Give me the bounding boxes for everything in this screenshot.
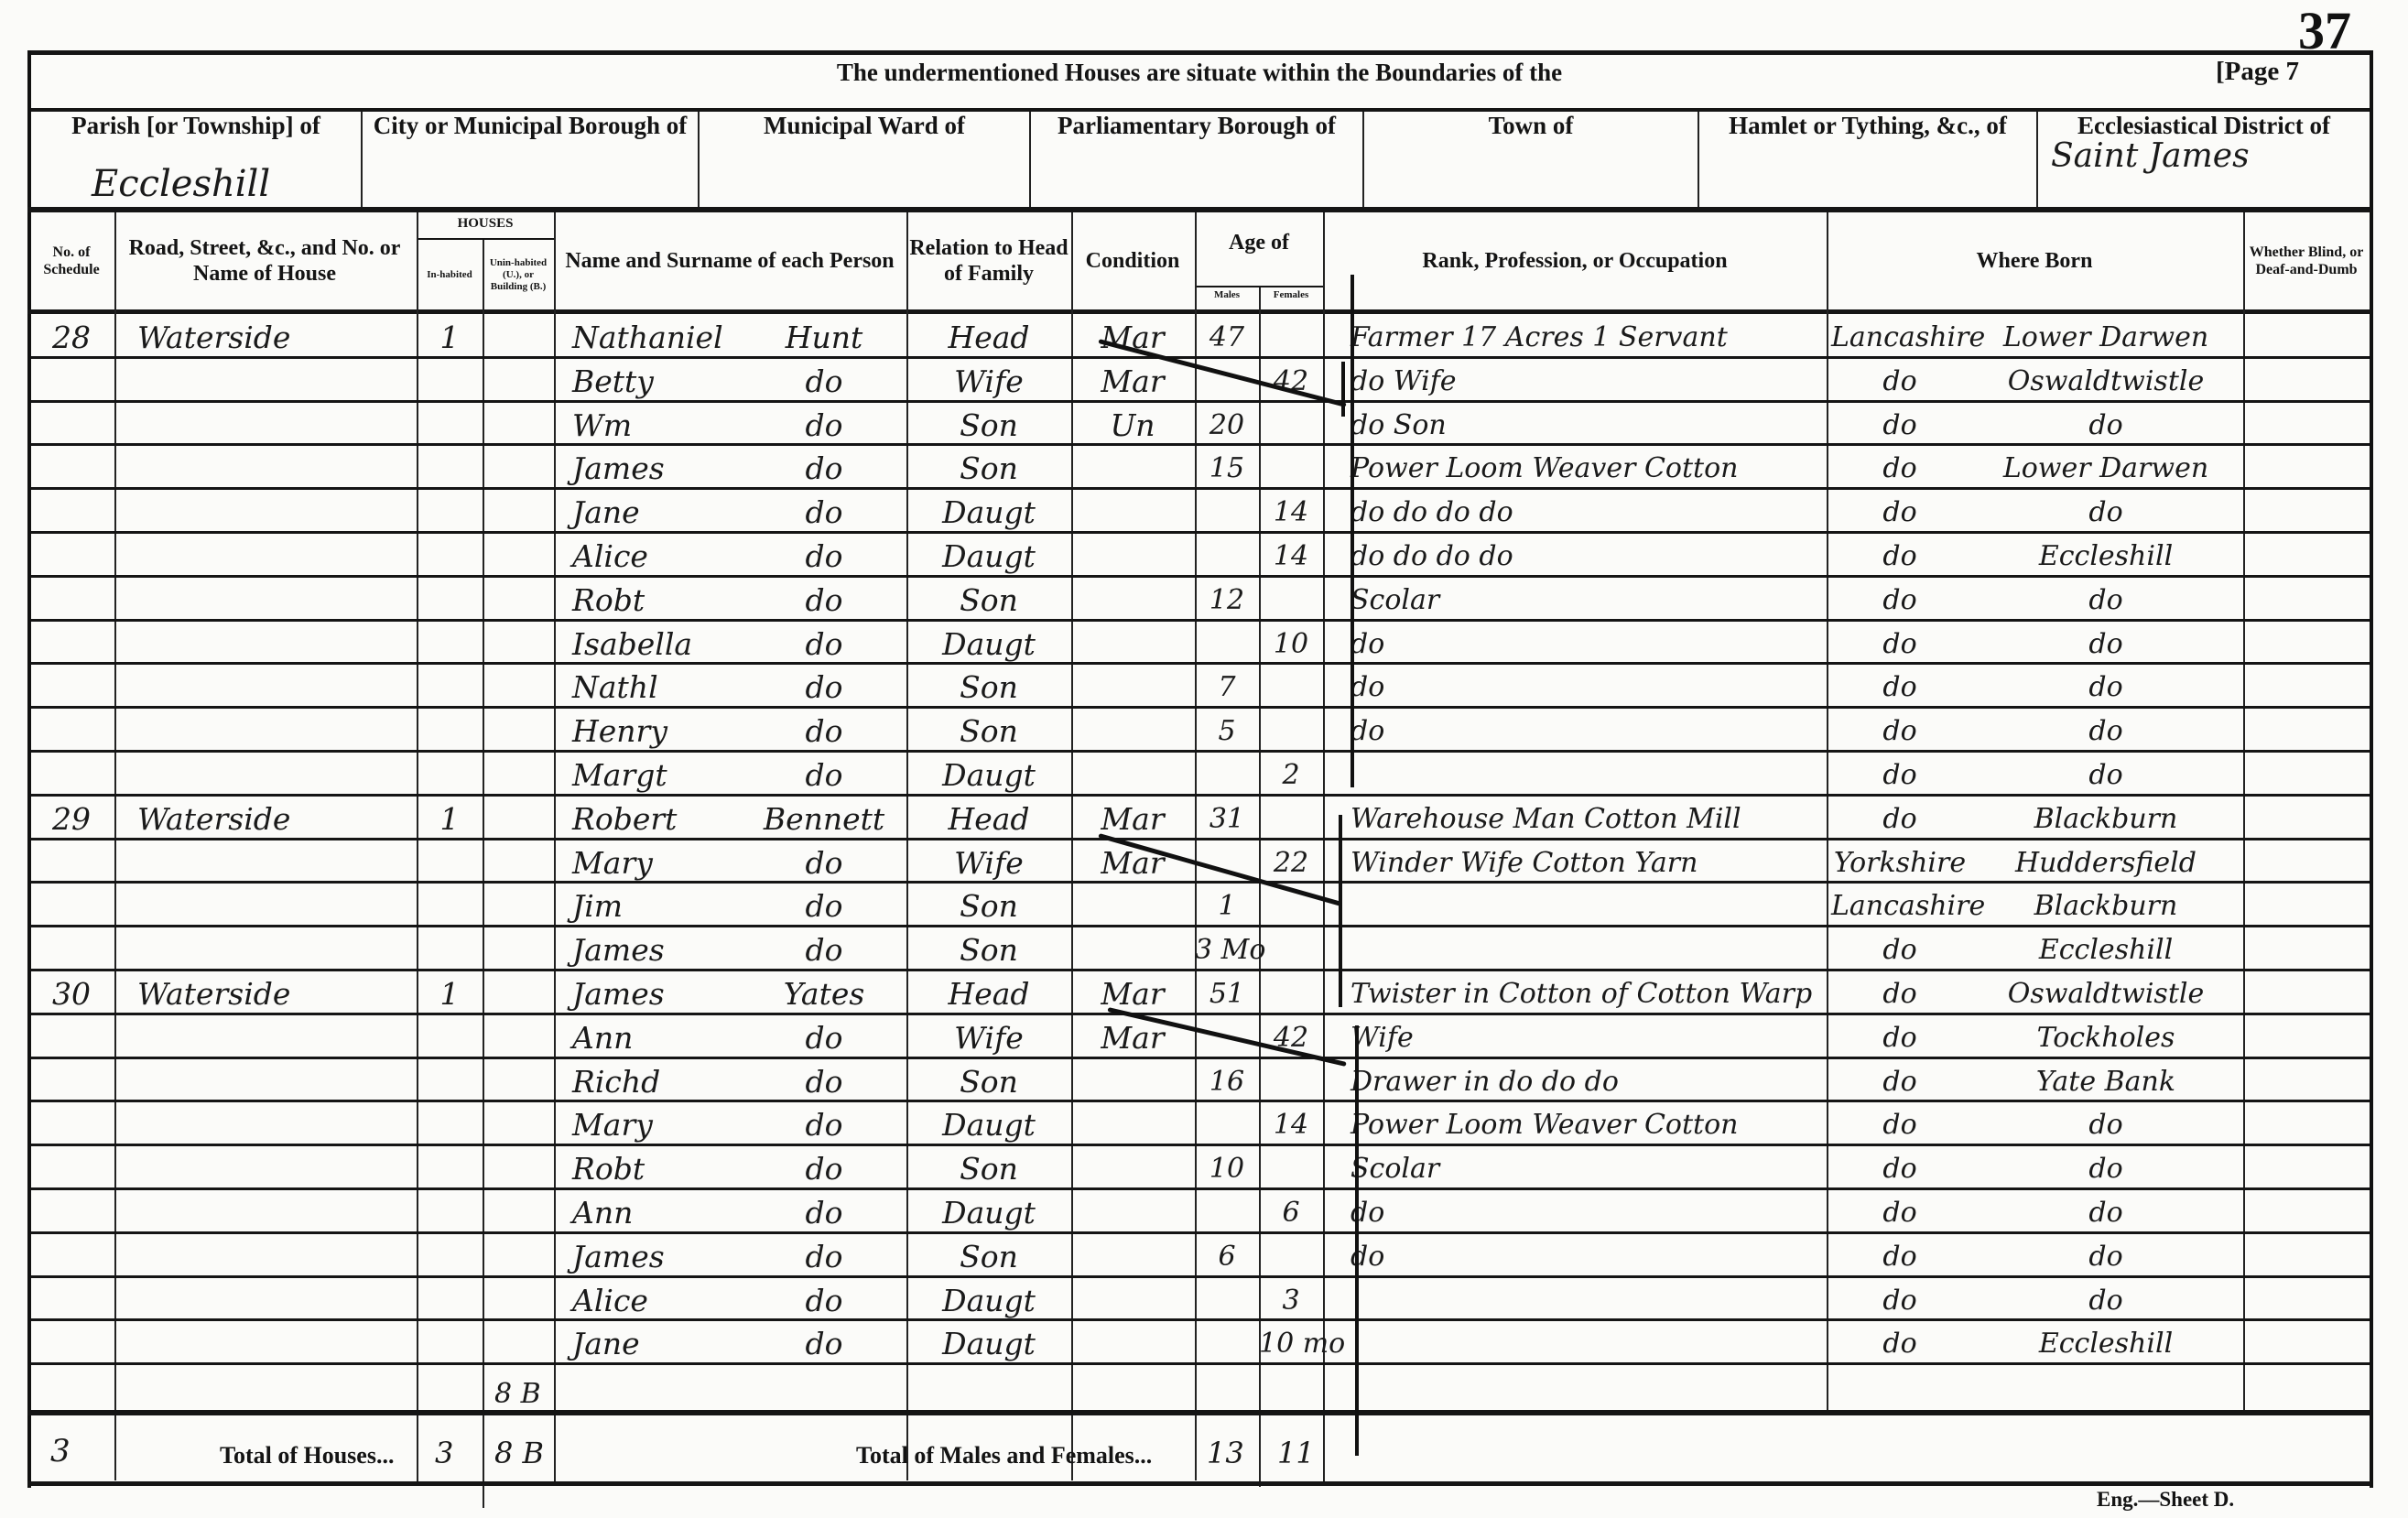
cell-schedule: [31, 754, 112, 794]
cell-schedule: [31, 666, 112, 706]
cell-uninhabited: [484, 579, 552, 619]
cell-male-age: [1195, 1103, 1259, 1144]
cell-born-place: do: [1969, 404, 2243, 444]
cell-road: [137, 1191, 412, 1231]
table-row: Henry do Son 5 do do do: [0, 708, 2408, 751]
cell-occupation: Power Loom Weaver Cotton: [1350, 447, 1825, 487]
cell-surname: do: [746, 1191, 902, 1231]
cell-relation: Head: [908, 797, 1069, 838]
cell-blind: [2245, 404, 2368, 444]
cell-surname: Hunt: [746, 316, 902, 356]
cell-inhabited: [418, 360, 481, 400]
cell-schedule: [31, 1322, 112, 1362]
cell-born-county: Yorkshire: [1831, 841, 1969, 882]
cell-born-county: do: [1831, 754, 1969, 794]
table-row: Margt do Daugt 2 do do: [0, 752, 2408, 795]
cell-born-county: do: [1831, 1147, 1969, 1187]
cell-road: [137, 1279, 412, 1319]
cell-occupation: Drawer in do do do: [1350, 1060, 1825, 1101]
cell-condition: [1073, 491, 1192, 531]
cell-surname: do: [746, 1060, 902, 1101]
cell-forename: [572, 1366, 746, 1406]
cell-forename: Alice: [572, 1279, 746, 1319]
cell-uninhabited: [484, 316, 552, 356]
cell-schedule: [31, 535, 112, 575]
cell-male-age: 5: [1195, 710, 1259, 750]
cell-blind: [2245, 360, 2368, 400]
cell-male-age: [1195, 1322, 1259, 1362]
cell-blind: [2245, 710, 2368, 750]
cell-surname: do: [746, 1147, 902, 1187]
cell-uninhabited: [484, 666, 552, 706]
cell-forename: Mary: [572, 841, 746, 882]
cell-schedule: 29: [31, 797, 112, 838]
cell-born-place: [1969, 1366, 2243, 1406]
cell-blind: [2245, 1147, 2368, 1187]
total-houses-label: Total of Houses...: [220, 1442, 394, 1469]
header-road: Road, Street, &c., and No. or Name of Ho…: [115, 212, 414, 309]
cell-occupation: do Son: [1350, 404, 1825, 444]
cell-relation: Son: [908, 884, 1069, 925]
cell-relation: Son: [908, 1147, 1069, 1187]
cell-occupation: do: [1350, 666, 1825, 706]
cell-female-age: [1259, 1147, 1323, 1187]
cell-surname: do: [746, 404, 902, 444]
cell-relation: Son: [908, 1235, 1069, 1275]
cell-road: [137, 1322, 412, 1362]
cell-surname: do: [746, 1235, 902, 1275]
cell-relation: Daugt: [908, 1191, 1069, 1231]
cell-forename: Richd: [572, 1060, 746, 1101]
cell-male-age: 15: [1195, 447, 1259, 487]
cell-forename: James: [572, 972, 746, 1013]
cell-surname: do: [746, 360, 902, 400]
cell-born-place: Tockholes: [1969, 1016, 2243, 1057]
district-town: Town of: [1364, 112, 1698, 209]
cell-born-county: do: [1831, 447, 1969, 487]
cell-born-county: do: [1831, 1060, 1969, 1101]
table-row: James do Son 15 Power Loom Weaver Cotton…: [0, 445, 2408, 488]
cell-schedule: [31, 710, 112, 750]
cell-born-county: Lancashire: [1831, 884, 1969, 925]
header-where-born: Where Born: [1828, 212, 2240, 309]
table-row: Mary do Daugt 14 Power Loom Weaver Cotto…: [0, 1101, 2408, 1144]
cell-blind: [2245, 1366, 2368, 1406]
cell-male-age: 47: [1195, 316, 1259, 356]
cell-forename: Jane: [572, 1322, 746, 1362]
cell-male-age: 6: [1195, 1235, 1259, 1275]
header-age: Age of: [1195, 231, 1323, 255]
total-persons-label: Total of Males and Females...: [856, 1442, 1152, 1469]
cell-surname: do: [746, 754, 902, 794]
header-schedule: No. of Schedule: [31, 212, 112, 309]
cell-female-age: [1259, 316, 1323, 356]
cell-blind: [2245, 1235, 2368, 1275]
cell-inhabited: [418, 1235, 481, 1275]
cell-uninhabited: [484, 1235, 552, 1275]
district-parliamentary: Parliamentary Borough of: [1031, 112, 1362, 209]
cell-uninhabited: [484, 841, 552, 882]
cell-inhabited: [418, 928, 481, 969]
cell-schedule: [31, 360, 112, 400]
cell-male-age: 16: [1195, 1060, 1259, 1101]
cell-forename: Isabella: [572, 623, 746, 663]
cell-relation: [908, 1366, 1069, 1406]
table-row: [0, 1364, 2408, 1407]
cell-surname: do: [746, 447, 902, 487]
cell-male-age: [1195, 491, 1259, 531]
cell-road: [137, 1016, 412, 1057]
cell-born-place: Eccleshill: [1969, 1322, 2243, 1362]
cell-inhabited: 1: [418, 316, 481, 356]
bottom-rule: [27, 1481, 2371, 1486]
cell-forename: Mary: [572, 1103, 746, 1144]
cell-blind: [2245, 928, 2368, 969]
cell-inhabited: [418, 841, 481, 882]
cell-blind: [2245, 1191, 2368, 1231]
column-divider: [417, 1415, 418, 1483]
cell-female-age: 14: [1259, 535, 1323, 575]
cell-born-county: do: [1831, 491, 1969, 531]
header-females: Females: [1259, 289, 1323, 300]
total-males: 13: [1207, 1436, 1244, 1470]
cell-born-county: do: [1831, 360, 1969, 400]
cell-uninhabited: [484, 1016, 552, 1057]
cell-uninhabited: [484, 972, 552, 1013]
cell-female-age: [1259, 972, 1323, 1013]
cell-condition: [1073, 579, 1192, 619]
cell-inhabited: [418, 884, 481, 925]
table-row: Mary do Wife Mar 22 Winder Wife Cotton Y…: [0, 840, 2408, 883]
cell-condition: [1073, 884, 1192, 925]
cell-schedule: [31, 404, 112, 444]
cell-born-place: do: [1969, 666, 2243, 706]
cell-born-place: Lower Darwen: [1969, 447, 2243, 487]
table-row: Isabella do Daugt 10 do do do: [0, 621, 2408, 664]
cell-born-place: do: [1969, 754, 2243, 794]
district-parish-value: Eccleshill: [92, 163, 270, 205]
cell-uninhabited: [484, 360, 552, 400]
cell-relation: Wife: [908, 841, 1069, 882]
cell-road: [137, 1366, 412, 1406]
cell-road: [137, 623, 412, 663]
cell-schedule: [31, 1016, 112, 1057]
district-label: Parish [or Township] of: [31, 112, 361, 139]
cell-schedule: [31, 841, 112, 882]
cell-uninhabited: [484, 1279, 552, 1319]
table-row: Richd do Son 16 Drawer in do do do do Ya…: [0, 1058, 2408, 1101]
cell-born-county: do: [1831, 1235, 1969, 1275]
cell-born-place: Eccleshill: [1969, 928, 2243, 969]
cell-forename: Ann: [572, 1191, 746, 1231]
cell-born-place: do: [1969, 579, 2243, 619]
cell-relation: Son: [908, 404, 1069, 444]
cell-male-age: [1195, 1366, 1259, 1406]
header-uninhabited: Unin-habited (U.), or Building (B.): [484, 240, 552, 309]
cell-occupation: [1350, 1279, 1825, 1319]
cell-female-age: 10 mo: [1259, 1322, 1323, 1362]
cell-condition: [1073, 666, 1192, 706]
table-row: Jane do Daugt 10 mo do Eccleshill: [0, 1320, 2408, 1363]
cell-forename: Alice: [572, 535, 746, 575]
cell-inhabited: [418, 710, 481, 750]
cell-male-age: [1195, 1191, 1259, 1231]
cell-uninhabited: [484, 447, 552, 487]
cell-schedule: [31, 1235, 112, 1275]
cell-born-county: do: [1831, 972, 1969, 1013]
cell-born-place: Eccleshill: [1969, 535, 2243, 575]
cell-forename: Betty: [572, 360, 746, 400]
header-blind: Whether Blind, or Deaf-and-Dumb: [2245, 212, 2368, 309]
cell-condition: [1073, 447, 1192, 487]
cell-born-place: Blackburn: [1969, 797, 2243, 838]
cell-schedule: [31, 623, 112, 663]
cell-occupation: do do do do: [1350, 535, 1825, 575]
totals-rule: [27, 1410, 2371, 1415]
schedules-tally: 3: [50, 1433, 71, 1469]
cell-female-age: [1259, 1366, 1323, 1406]
cell-relation: Daugt: [908, 1322, 1069, 1362]
blank-row-note: 8 B: [494, 1378, 541, 1410]
cell-born-place: Lower Darwen: [1969, 316, 2243, 356]
table-row: Jane do Daugt 14 do do do do do do: [0, 489, 2408, 532]
cell-road: [137, 579, 412, 619]
cell-female-age: 10: [1259, 623, 1323, 663]
cell-relation: Wife: [908, 1016, 1069, 1057]
cell-condition: [1073, 754, 1192, 794]
cell-surname: Bennett: [746, 797, 902, 838]
cell-inhabited: 1: [418, 797, 481, 838]
cell-blind: [2245, 623, 2368, 663]
cell-surname: do: [746, 928, 902, 969]
cell-male-age: [1195, 1279, 1259, 1319]
cell-schedule: [31, 1060, 112, 1101]
cell-condition: [1073, 1060, 1192, 1101]
cell-road: [137, 710, 412, 750]
cell-condition: [1073, 1191, 1192, 1231]
cell-female-age: [1259, 928, 1323, 969]
cell-blind: [2245, 884, 2368, 925]
cell-male-age: 10: [1195, 1147, 1259, 1187]
cell-schedule: 28: [31, 316, 112, 356]
cell-uninhabited: [484, 1191, 552, 1231]
cell-female-age: [1259, 710, 1323, 750]
cell-forename: Wm: [572, 404, 746, 444]
cell-forename: Jim: [572, 884, 746, 925]
cell-blind: [2245, 1322, 2368, 1362]
header-inhabited: In-habited: [418, 240, 481, 309]
cell-forename: Margt: [572, 754, 746, 794]
column-divider: [483, 1415, 484, 1483]
cell-born-place: do: [1969, 491, 2243, 531]
cell-inhabited: [418, 535, 481, 575]
header-males: Males: [1195, 289, 1259, 300]
district-label: Municipal Ward of: [700, 112, 1029, 139]
table-row: Nathl do Son 7 do do do: [0, 664, 2408, 707]
cell-blind: [2245, 1103, 2368, 1144]
cell-condition: Mar: [1073, 972, 1192, 1013]
cell-relation: Daugt: [908, 623, 1069, 663]
cell-condition: Mar: [1073, 797, 1192, 838]
cell-schedule: [31, 1279, 112, 1319]
cell-road: Waterside: [137, 797, 412, 838]
cell-relation: Son: [908, 447, 1069, 487]
cell-born-county: do: [1831, 797, 1969, 838]
column-divider: [554, 1415, 556, 1483]
cell-blind: [2245, 491, 2368, 531]
cell-surname: do: [746, 1103, 902, 1144]
cell-schedule: [31, 579, 112, 619]
cell-uninhabited: [484, 491, 552, 531]
cell-surname: do: [746, 535, 902, 575]
cell-born-place: do: [1969, 623, 2243, 663]
table-row: 29 Waterside 1 Robert Bennett Head Mar 3…: [0, 796, 2408, 839]
cell-condition: [1073, 1103, 1192, 1144]
header-name: Name and Surname of each Person: [556, 212, 904, 309]
cell-male-age: [1195, 754, 1259, 794]
table-row: Betty do Wife Mar 42 do Wife do Oswaldtw…: [0, 358, 2408, 401]
cell-road: [137, 928, 412, 969]
cell-uninhabited: [484, 623, 552, 663]
cell-condition: [1073, 535, 1192, 575]
cell-male-age: [1195, 623, 1259, 663]
cell-surname: [746, 1366, 902, 1406]
cell-road: [137, 447, 412, 487]
cell-relation: Wife: [908, 360, 1069, 400]
column-divider: [1259, 1415, 1261, 1483]
cell-occupation: do Wife: [1350, 360, 1825, 400]
cell-blind: [2245, 316, 2368, 356]
cell-occupation: Wife: [1350, 1016, 1825, 1057]
cell-occupation: Farmer 17 Acres 1 Servant: [1350, 316, 1825, 356]
cell-relation: Son: [908, 1060, 1069, 1101]
cell-born-county: do: [1831, 535, 1969, 575]
cell-male-age: 51: [1195, 972, 1259, 1013]
form-title: The undermentioned Houses are situate wi…: [27, 59, 2371, 87]
cell-inhabited: [418, 1147, 481, 1187]
cell-born-county: do: [1831, 1103, 1969, 1144]
cell-uninhabited: [484, 1103, 552, 1144]
pen-bracket: [1339, 815, 1342, 1007]
cell-blind: [2245, 841, 2368, 882]
cell-forename: Henry: [572, 710, 746, 750]
cell-condition: [1073, 710, 1192, 750]
cell-born-place: do: [1969, 1235, 2243, 1275]
cell-relation: Son: [908, 928, 1069, 969]
cell-born-county: do: [1831, 579, 1969, 619]
cell-condition: [1073, 1279, 1192, 1319]
cell-occupation: do: [1350, 1235, 1825, 1275]
cell-uninhabited: [484, 1147, 552, 1187]
header-houses: HOUSES: [417, 216, 554, 232]
total-houses-inhabited: 3: [435, 1436, 453, 1470]
cell-condition: [1073, 1147, 1192, 1187]
cell-born-place: Yate Bank: [1969, 1060, 2243, 1101]
cell-female-age: 14: [1259, 491, 1323, 531]
cell-born-county: [1831, 1366, 1969, 1406]
cell-female-age: [1259, 666, 1323, 706]
cell-female-age: [1259, 797, 1323, 838]
district-hamlet: Hamlet or Tything, &c., of: [1699, 112, 2036, 209]
cell-male-age: 12: [1195, 579, 1259, 619]
cell-born-place: do: [1969, 710, 2243, 750]
cell-blind: [2245, 447, 2368, 487]
cell-condition: Mar: [1073, 360, 1192, 400]
cell-road: [137, 491, 412, 531]
table-row: 28 Waterside 1 Nathaniel Hunt Head Mar 4…: [0, 314, 2408, 357]
cell-uninhabited: [484, 535, 552, 575]
cell-relation: Son: [908, 579, 1069, 619]
page-label: [Page 7: [2216, 57, 2299, 87]
table-row: Wm do Son Un 20 do Son do do: [0, 402, 2408, 445]
cell-inhabited: [418, 447, 481, 487]
cell-uninhabited: [484, 884, 552, 925]
cell-condition: [1073, 1322, 1192, 1362]
cell-blind: [2245, 1060, 2368, 1101]
cell-occupation: [1350, 1366, 1825, 1406]
cell-forename: Nathl: [572, 666, 746, 706]
cell-schedule: [31, 1147, 112, 1187]
cell-inhabited: [418, 404, 481, 444]
cell-surname: do: [746, 884, 902, 925]
cell-road: [137, 1235, 412, 1275]
cell-inhabited: [418, 1191, 481, 1231]
cell-road: [137, 1147, 412, 1187]
cell-condition: Un: [1073, 404, 1192, 444]
cell-male-age: 3 Mo: [1195, 928, 1259, 969]
cell-road: [137, 754, 412, 794]
cell-female-age: [1259, 447, 1323, 487]
cell-uninhabited: [484, 928, 552, 969]
table-row: Robt do Son 12 Scolar do do: [0, 577, 2408, 620]
cell-born-county: do: [1831, 928, 1969, 969]
cell-schedule: [31, 928, 112, 969]
cell-born-place: Oswaldtwistle: [1969, 972, 2243, 1013]
district-label: Parliamentary Borough of: [1031, 112, 1362, 139]
cell-inhabited: [418, 666, 481, 706]
cell-female-age: [1259, 1060, 1323, 1101]
cell-female-age: [1259, 404, 1323, 444]
header-condition: Condition: [1073, 212, 1192, 309]
cell-inhabited: [418, 579, 481, 619]
cell-surname: do: [746, 579, 902, 619]
cell-born-county: do: [1831, 1279, 1969, 1319]
cell-born-county: do: [1831, 404, 1969, 444]
cell-relation: Daugt: [908, 491, 1069, 531]
cell-occupation: do do do do: [1350, 491, 1825, 531]
cell-born-place: do: [1969, 1103, 2243, 1144]
cell-relation: Daugt: [908, 1103, 1069, 1144]
cell-inhabited: [418, 1016, 481, 1057]
cell-surname: do: [746, 710, 902, 750]
table-row: Ann do Daugt 6 do do do: [0, 1189, 2408, 1232]
cell-born-place: Huddersfield: [1969, 841, 2243, 882]
cell-forename: James: [572, 928, 746, 969]
cell-relation: Daugt: [908, 1279, 1069, 1319]
cell-occupation: Scolar: [1350, 579, 1825, 619]
cell-forename: James: [572, 1235, 746, 1275]
table-row: Alice do Daugt 3 do do: [0, 1277, 2408, 1320]
cell-uninhabited: [484, 1322, 552, 1362]
cell-road: [137, 360, 412, 400]
cell-road: [137, 1103, 412, 1144]
cell-forename: Jane: [572, 491, 746, 531]
cell-occupation: do: [1350, 1191, 1825, 1231]
header-relation: Relation to Head of Family: [908, 212, 1069, 309]
table-row: James do Son 6 do do do: [0, 1233, 2408, 1276]
cell-born-place: do: [1969, 1191, 2243, 1231]
cell-schedule: [31, 1366, 112, 1406]
